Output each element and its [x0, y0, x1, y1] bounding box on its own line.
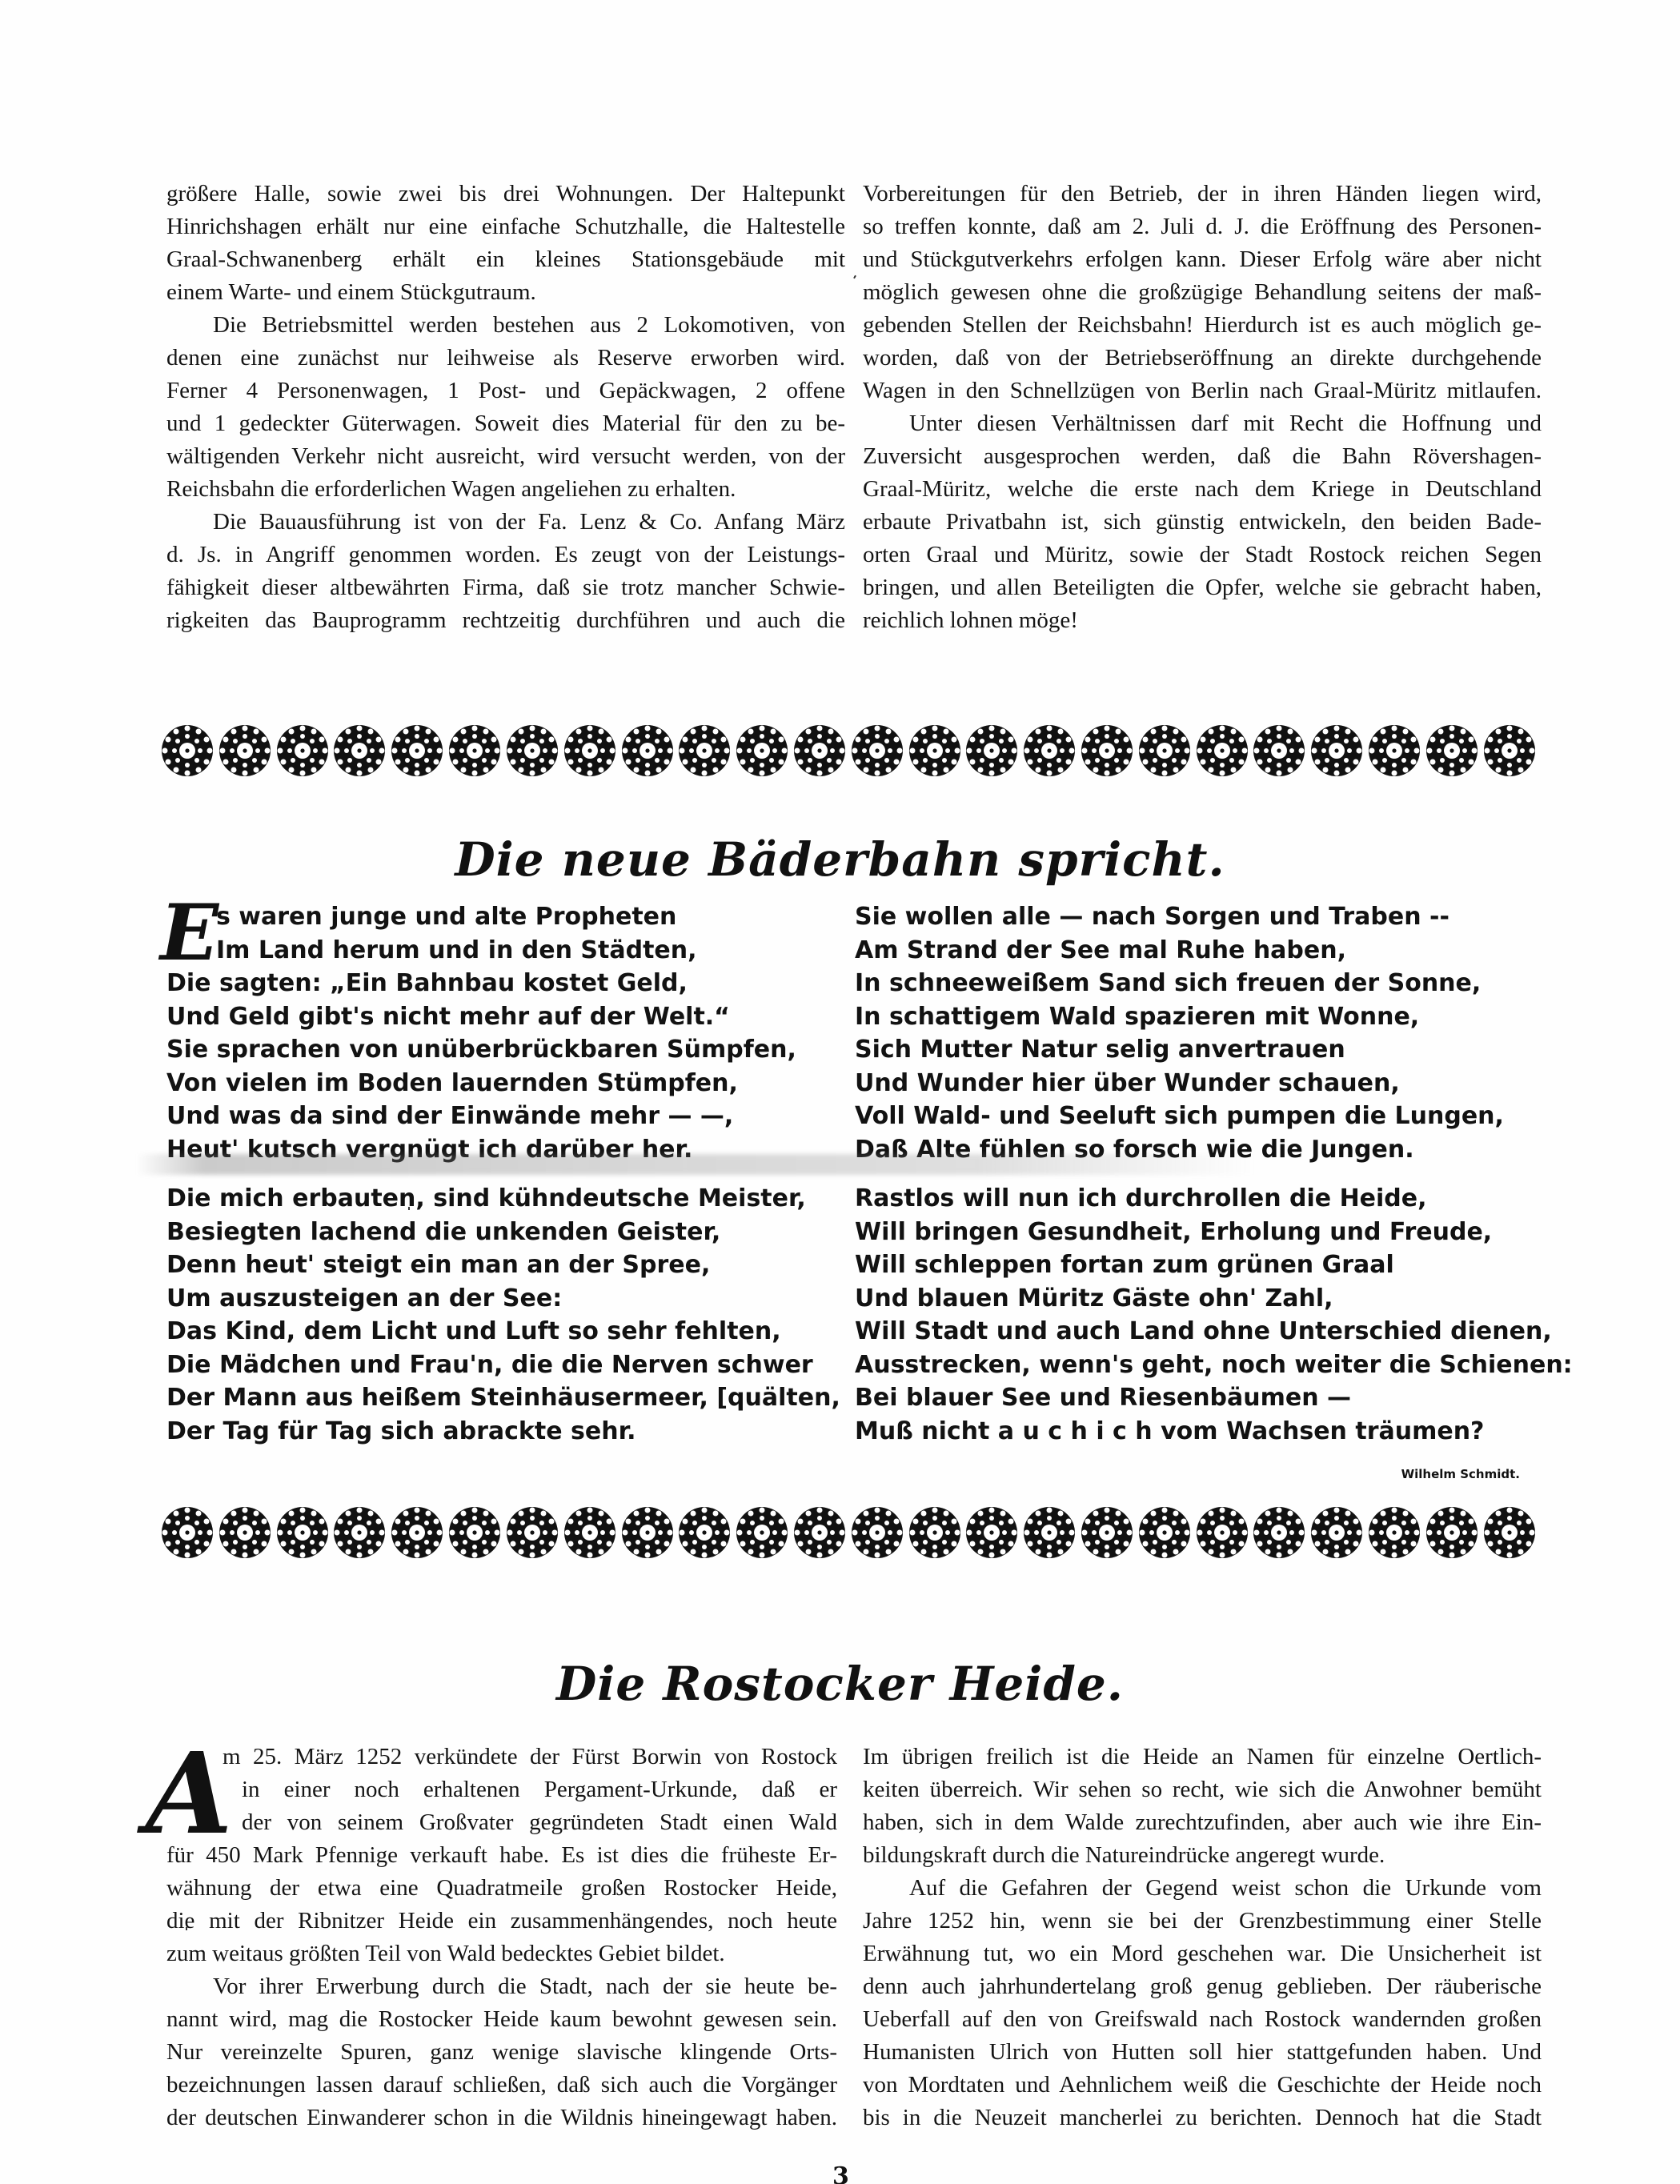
- rosette-icon: [447, 722, 502, 779]
- text-line: und Stückgutverkehrs erfolgen kann. Dies…: [863, 243, 1542, 276]
- rosette-icon: [1137, 1504, 1192, 1561]
- poem-line: s waren junge und alte Propheten: [166, 900, 839, 934]
- paragraph: größere Halle, sowie zwei bis drei Wohnu…: [166, 178, 845, 309]
- text-line: rigkeiten das Bauprogramm rechtzeitig du…: [166, 604, 845, 637]
- rosette-icon: [1252, 722, 1306, 779]
- rosette-icon: [792, 722, 847, 779]
- poem-author: Wilhelm Schmidt.: [1401, 1467, 1520, 1481]
- rosette-icon: [1425, 722, 1479, 779]
- text-line: worden, daß von der Betriebseröffnung an…: [863, 342, 1542, 375]
- text-line: Nur vereinzelte Spuren, ganz wenige slav…: [166, 2036, 837, 2069]
- text-line: Reichsbahn die erforderlichen Wagen ange…: [166, 473, 845, 506]
- rosette-icon: [735, 1504, 789, 1561]
- rosette-icon: [1482, 722, 1537, 779]
- text-line: der deutschen Einwanderer schon in die W…: [166, 2102, 837, 2134]
- rosette-icon: [1080, 722, 1134, 779]
- rosette-icon: [275, 1504, 330, 1561]
- rosette-icon: [332, 1504, 387, 1561]
- text-line: bis in die Neuzeit mancherlei zu bericht…: [863, 2102, 1542, 2134]
- paragraph: Unter diesen Verhältnissen darf mit Rech…: [863, 407, 1542, 637]
- text-line: in einer noch erhaltenen Pergament-Urkun…: [166, 1773, 837, 1806]
- ornament-border-bottom: [160, 1501, 1537, 1565]
- text-line: so treffen konnte, daß am 2. Juli d. J. …: [863, 210, 1542, 243]
- text-line: die mit der Ribnitzer Heide ein zusammen…: [166, 1905, 837, 1938]
- rosette-icon: [1080, 1504, 1134, 1561]
- article-left-column: m 25. März 1252 verkündete der Fürst Bor…: [166, 1741, 837, 2134]
- rosette-icon: [620, 722, 675, 779]
- rosette-icon: [1309, 722, 1364, 779]
- text-line: Die Betriebsmittel werden bestehen aus 2…: [166, 309, 845, 342]
- rosette-icon: [1367, 722, 1421, 779]
- top-left-column: größere Halle, sowie zwei bis drei Wohnu…: [166, 178, 845, 637]
- text-line: Auf die Gefahren der Gegend weist schon …: [863, 1872, 1542, 1905]
- print-speck: [853, 275, 856, 279]
- text-line: zum weitaus größten Teil von Wald bedeck…: [166, 1938, 837, 1970]
- rosette-icon: [908, 1504, 962, 1561]
- rosette-icon: [677, 1504, 732, 1561]
- rosette-icon: [677, 722, 732, 779]
- text-line: d. Js. in Angriff genommen worden. Es ze…: [166, 539, 845, 571]
- rosette-icon: [1367, 1504, 1421, 1561]
- poem-line: Voll Wald- und Seeluft sich pumpen die L…: [855, 1100, 1543, 1133]
- poem-line: Die mich erbauten, sind kühndeutsche Mei…: [166, 1182, 839, 1216]
- rosette-icon: [1482, 1504, 1537, 1561]
- text-line: gebenden Stellen der Reichsbahn! Hierdur…: [863, 309, 1542, 342]
- rosette-icon: [1022, 722, 1077, 779]
- print-speck: [928, 1200, 930, 1204]
- rosette-icon: [447, 1504, 502, 1561]
- poem-line: Besiegten lachend die unkenden Geister,: [166, 1216, 839, 1249]
- rosette-icon: [1425, 1504, 1479, 1561]
- rosette-icon: [620, 1504, 675, 1561]
- paragraph: Die Betriebsmittel werden bestehen aus 2…: [166, 309, 845, 506]
- text-line: denn auch jahrhundertelang groß genug ge…: [863, 1970, 1542, 2003]
- poem-left-stanza-1: s waren junge und alte Propheten Im Land…: [166, 900, 839, 1166]
- rosette-icon: [390, 722, 444, 779]
- text-line: einem Warte- und einem Stückgutraum.: [166, 276, 845, 309]
- poem-line: Sie wollen alle — nach Sorgen und Traben…: [855, 900, 1543, 934]
- poem-line: Im Land herum und in den Städten,: [166, 934, 839, 968]
- rosette-icon: [160, 722, 215, 779]
- text-line: der von seinem Großvater gegründeten Sta…: [166, 1806, 837, 1839]
- poem-line: Das Kind, dem Licht und Luft so sehr feh…: [166, 1315, 839, 1348]
- rosette-icon: [792, 1504, 847, 1561]
- poem-line: Am Strand der See mal Ruhe haben,: [855, 934, 1543, 968]
- rosette-icon: [218, 722, 272, 779]
- print-speck: [186, 1927, 187, 1930]
- print-speck: [408, 1207, 410, 1210]
- text-line: Vorbereitungen für den Betrieb, der in i…: [863, 178, 1542, 210]
- poem-line: Und was da sind der Einwände mehr — —,: [166, 1100, 839, 1133]
- text-line: orten Graal und Müritz, sowie der Stadt …: [863, 539, 1542, 571]
- paragraph: Auf die Gefahren der Gegend weist schon …: [863, 1872, 1542, 2134]
- text-line: Humanisten Ulrich von Hutten soll hier s…: [863, 2036, 1542, 2069]
- poem-line: Will bringen Gesundheit, Erholung und Fr…: [855, 1216, 1543, 1249]
- rosette-icon: [563, 722, 617, 779]
- top-right-column: Vorbereitungen für den Betrieb, der in i…: [863, 178, 1542, 637]
- text-line: Graal-Müritz, welche die erste nach dem …: [863, 473, 1542, 506]
- text-line: denen eine zunächst nur leihweise als Re…: [166, 342, 845, 375]
- text-line: reichlich lohnen möge!: [863, 604, 1542, 637]
- rosette-icon: [505, 722, 559, 779]
- rosette-icon: [735, 722, 789, 779]
- text-line: nannt wird, mag die Rostocker Heide kaum…: [166, 2003, 837, 2036]
- text-line: Ueberfall auf den von Greifswald nach Ro…: [863, 2003, 1542, 2036]
- text-line: Die Bauausführung ist von der Fa. Lenz &…: [166, 506, 845, 539]
- poem-line: Und Geld gibt's nicht mehr auf der Welt.…: [166, 1000, 839, 1034]
- poem-line: Sich Mutter Natur selig anvertrauen: [855, 1033, 1543, 1067]
- poem-line: Will schleppen fortan zum grünen Graal: [855, 1248, 1543, 1282]
- text-line: bildungskraft durch die Natureindrücke a…: [863, 1839, 1542, 1872]
- rosette-icon: [160, 1504, 215, 1561]
- rosette-icon: [850, 722, 904, 779]
- rosette-icon: [563, 1504, 617, 1561]
- poem-line: Um auszusteigen an der See:: [166, 1282, 839, 1316]
- text-line: Graal-Schwanenberg erhält ein kleines St…: [166, 243, 845, 276]
- page-number: 3: [832, 2162, 849, 2184]
- text-line: Zuversicht ausgesprochen werden, daß die…: [863, 440, 1542, 473]
- rosette-icon: [964, 1504, 1019, 1561]
- rosette-icon: [1195, 1504, 1249, 1561]
- poem-line: Rastlos will nun ich durchrollen die Hei…: [855, 1182, 1543, 1216]
- text-line: bringen, und allen Beteiligten die Opfer…: [863, 571, 1542, 604]
- rosette-icon: [1137, 722, 1192, 779]
- article-title: Die Rostocker Heide.: [0, 1657, 1680, 1711]
- poem-line: Bei blauer See und Riesenbäumen —: [855, 1381, 1543, 1415]
- poem-line: Von vielen im Boden lauernden Stümpfen,: [166, 1067, 839, 1100]
- article-right-column: Im übrigen freilich ist die Heide an Nam…: [863, 1741, 1542, 2134]
- text-line: wältigenden Verkehr nicht ausreicht, wir…: [166, 440, 845, 473]
- poem-line: Muß nicht a u c h i c h vom Wachsen träu…: [855, 1415, 1543, 1449]
- rosette-icon: [1252, 1504, 1306, 1561]
- poem-line: Sie sprachen von unüberbrückbaren Sümpfe…: [166, 1033, 839, 1067]
- text-line: fähigkeit dieser altbewährten Firma, daß…: [166, 571, 845, 604]
- poem-line: Und Wunder hier über Wunder schauen,: [855, 1067, 1543, 1100]
- text-line: für 450 Mark Pfennige verkauft habe. Es …: [166, 1839, 837, 1872]
- rosette-icon: [332, 722, 387, 779]
- text-line: größere Halle, sowie zwei bis drei Wohnu…: [166, 178, 845, 210]
- poem-line: Die sagten: „Ein Bahnbau kostet Geld,: [166, 967, 839, 1000]
- rosette-icon: [1022, 1504, 1077, 1561]
- rosette-icon: [1309, 1504, 1364, 1561]
- text-line: Vor ihrer Erwerbung durch die Stadt, nac…: [166, 1970, 837, 2003]
- print-smudge: [136, 1154, 1257, 1175]
- text-line: bezeichnungen lassen darauf schließen, d…: [166, 2069, 837, 2102]
- text-line: m 25. März 1252 verkündete der Fürst Bor…: [166, 1741, 837, 1773]
- rosette-icon: [964, 722, 1019, 779]
- newspaper-page: größere Halle, sowie zwei bis drei Wohnu…: [0, 0, 1680, 2184]
- paragraph: Vor ihrer Erwerbung durch die Stadt, nac…: [166, 1970, 837, 2134]
- text-line: Wagen in den Schnellzügen von Berlin nac…: [863, 375, 1542, 407]
- rosette-icon: [275, 722, 330, 779]
- poem-title: Die neue Bäderbahn spricht.: [0, 832, 1680, 887]
- rosette-icon: [850, 1504, 904, 1561]
- rosette-icon: [908, 722, 962, 779]
- text-line: und 1 gedeckter Güterwagen. Soweit dies …: [166, 407, 845, 440]
- rosette-icon: [505, 1504, 559, 1561]
- paragraph: Die Bauausführung ist von der Fa. Lenz &…: [166, 506, 845, 637]
- poem-line: Denn heut' steigt ein man an der Spree,: [166, 1248, 839, 1282]
- text-line: wähnung der etwa eine Quadratmeile große…: [166, 1872, 837, 1905]
- text-line: Unter diesen Verhältnissen darf mit Rech…: [863, 407, 1542, 440]
- poem-line: In schattigem Wald spazieren mit Wonne,: [855, 1000, 1543, 1034]
- poem-line: In schneeweißem Sand sich freuen der Son…: [855, 967, 1543, 1000]
- poem-line: Ausstrecken, wenn's geht, noch weiter di…: [855, 1348, 1543, 1382]
- paragraph: Vorbereitungen für den Betrieb, der in i…: [863, 178, 1542, 407]
- text-line: Erwähnung tut, wo ein Mord geschehen war…: [863, 1938, 1542, 1970]
- text-line: Hinrichshagen erhält nur eine einfache S…: [166, 210, 845, 243]
- text-line: keiten überreich. Wir sehen so recht, wi…: [863, 1773, 1542, 1806]
- paragraph: m 25. März 1252 verkündete der Fürst Bor…: [166, 1741, 837, 1970]
- text-line: erbaute Privatbahn ist, sich günstig ent…: [863, 506, 1542, 539]
- ornament-border-top: [160, 719, 1537, 783]
- poem-line: Der Mann aus heißem Steinhäusermeer, [qu…: [166, 1381, 839, 1415]
- rosette-icon: [390, 1504, 444, 1561]
- text-line: Im übrigen freilich ist die Heide an Nam…: [863, 1741, 1542, 1773]
- text-line: Ferner 4 Personenwagen, 1 Post- und Gepä…: [166, 375, 845, 407]
- text-line: Jahre 1252 hin, wenn sie bei der Grenzbe…: [863, 1905, 1542, 1938]
- poem-line: Der Tag für Tag sich abrackte sehr.: [166, 1415, 839, 1449]
- paragraph: Im übrigen freilich ist die Heide an Nam…: [863, 1741, 1542, 1872]
- text-line: von Mordtaten und Aehnlichem weiß die Ge…: [863, 2069, 1542, 2102]
- poem-left-stanza-2: Die mich erbauten, sind kühndeutsche Mei…: [166, 1182, 839, 1448]
- rosette-icon: [1195, 722, 1249, 779]
- text-line: haben, sich in dem Walde zurechtzufinden…: [863, 1806, 1542, 1839]
- poem-line: Die Mädchen und Frau'n, die die Nerven s…: [166, 1348, 839, 1382]
- rosette-icon: [218, 1504, 272, 1561]
- text-line: möglich gewesen ohne die großzügige Beha…: [863, 276, 1542, 309]
- poem-line: Will Stadt und auch Land ohne Unterschie…: [855, 1315, 1543, 1348]
- poem-right-stanza-2: Rastlos will nun ich durchrollen die Hei…: [855, 1182, 1543, 1448]
- poem-right-stanza-1: Sie wollen alle — nach Sorgen und Traben…: [855, 900, 1543, 1166]
- poem-line: Und blauen Müritz Gäste ohn' Zahl,: [855, 1282, 1543, 1316]
